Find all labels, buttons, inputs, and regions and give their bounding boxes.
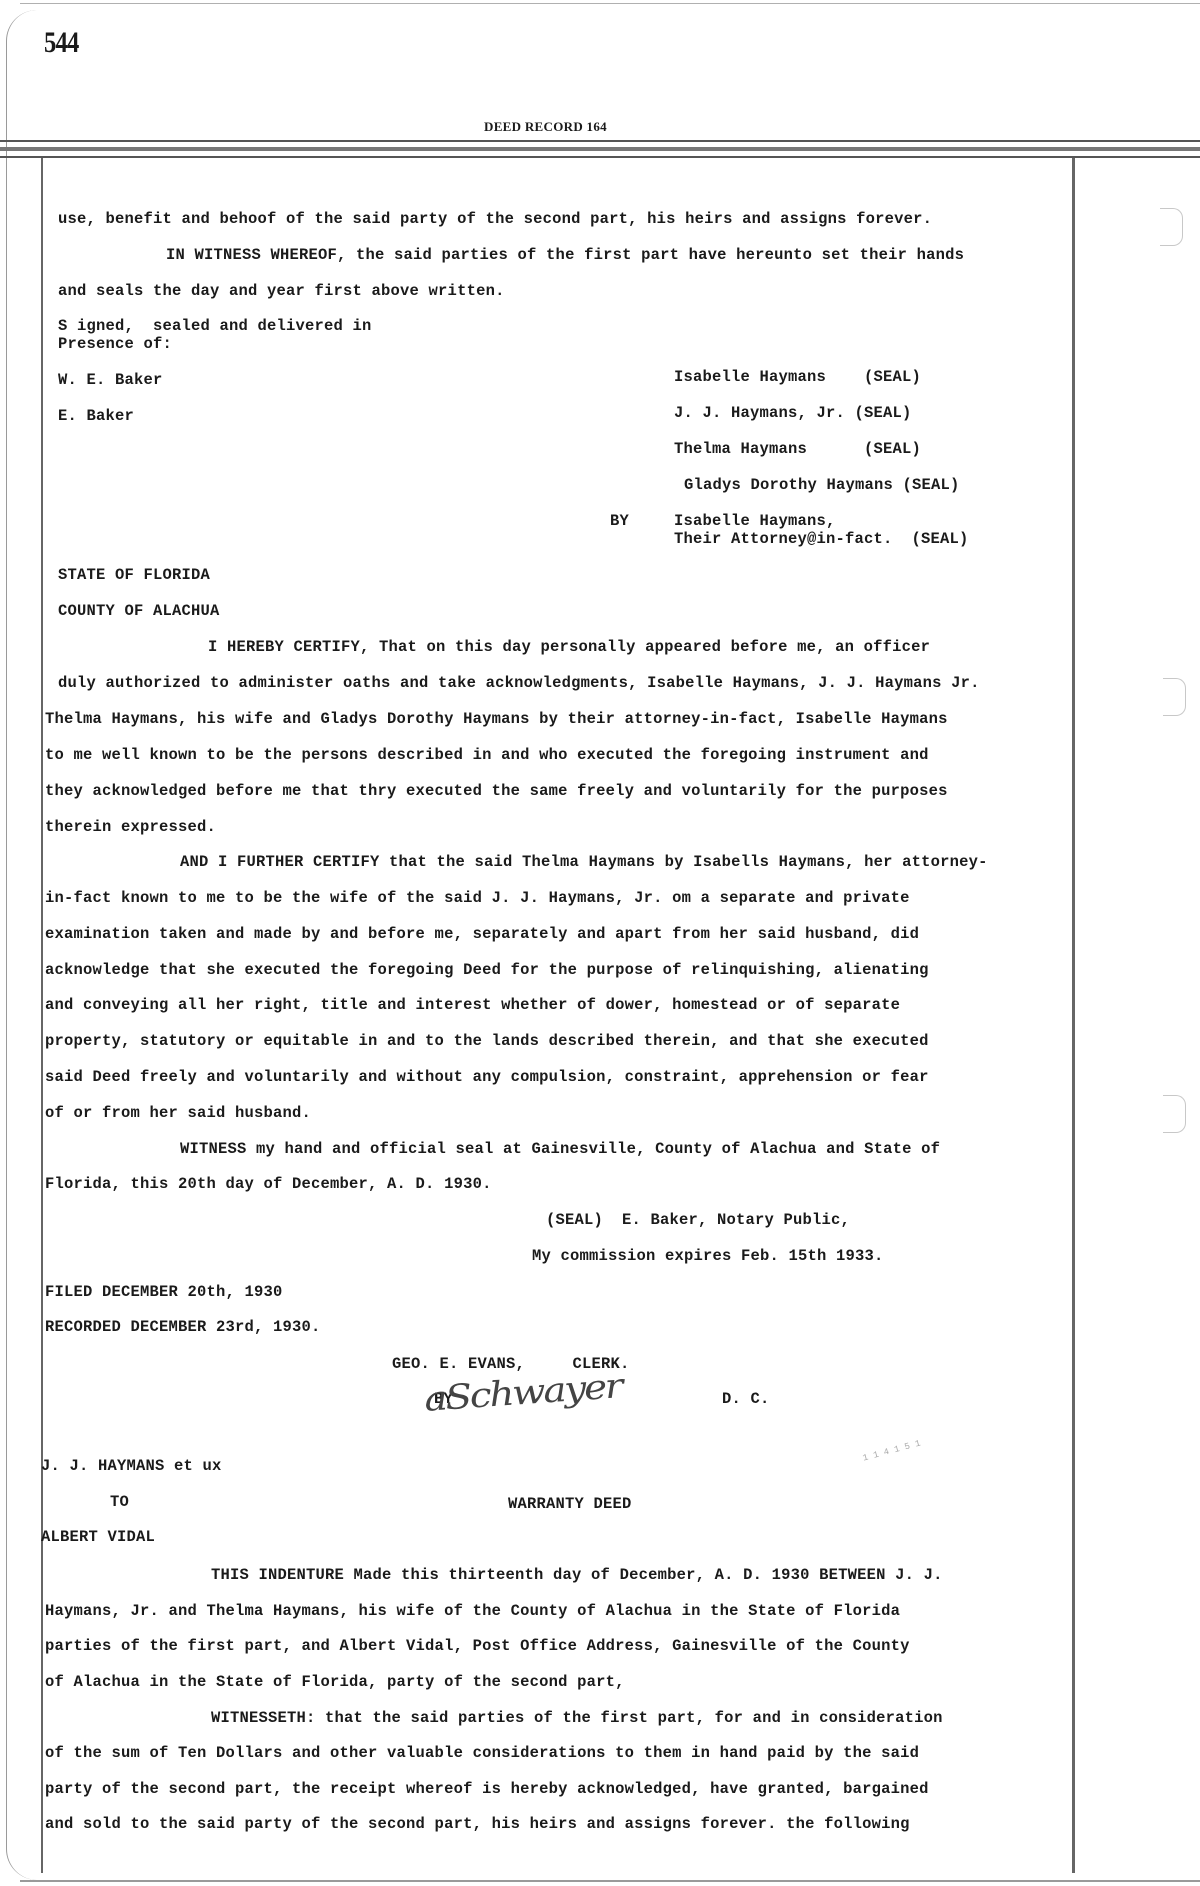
- deputy-clerk-label: D. C.: [722, 1390, 770, 1408]
- text-line: Haymans, Jr. and Thelma Haymans, his wif…: [45, 1602, 900, 1620]
- text-line: Thelma Haymans, his wife and Gladys Doro…: [45, 710, 948, 728]
- text-line: of Alachua in the State of Florida, part…: [45, 1673, 625, 1691]
- text-line: property, statutory or equitable in and …: [45, 1032, 929, 1050]
- page-edge-curl: [6, 10, 37, 1880]
- text-line: and sold to the said party of the second…: [45, 1815, 910, 1833]
- recorded-date: RECORDED DECEMBER 23rd, 1930.: [45, 1318, 321, 1336]
- text-line: Florida, this 20th day of December, A. D…: [45, 1175, 492, 1193]
- grantor-signature: Thelma Haymans (SEAL): [674, 440, 921, 458]
- text-line: THIS INDENTURE Made this thirteenth day …: [211, 1566, 943, 1584]
- text-line: S igned, sealed and delivered in: [58, 317, 372, 335]
- left-margin-line: [41, 158, 43, 1873]
- deed-type-title: WARRANTY DEED: [508, 1495, 632, 1513]
- text-line: said Deed freely and voluntarily and wit…: [45, 1068, 929, 1086]
- deputy-clerk-signature: aSchwayer: [423, 1366, 622, 1420]
- faint-stamp: 1 1 4 1 5 1: [862, 1438, 922, 1463]
- text-line: of or from her said husband.: [45, 1104, 311, 1122]
- deed-grantor: J. J. HAYMANS et ux: [41, 1457, 222, 1475]
- notary-commission: My commission expires Feb. 15th 1933.: [532, 1247, 884, 1265]
- page-number: 544: [44, 26, 78, 60]
- witness-name: W. E. Baker: [58, 371, 163, 389]
- text-line: Presence of:: [58, 335, 172, 353]
- text-line: examination taken and made by and before…: [45, 925, 919, 943]
- text-line: use, benefit and behoof of the said part…: [58, 210, 932, 228]
- text-line: they acknowledged before me that thry ex…: [45, 782, 948, 800]
- text-line: AND I FURTHER CERTIFY that the said Thel…: [180, 853, 988, 871]
- attorney-by-label: BY: [610, 512, 629, 530]
- text-line: IN WITNESS WHEREOF, the said parties of …: [166, 246, 964, 264]
- text-line: therein expressed.: [45, 818, 216, 836]
- witness-name: E. Baker: [58, 407, 134, 425]
- binding-hole-mark: [1163, 1095, 1186, 1133]
- text-line: of the sum of Ten Dollars and other valu…: [45, 1744, 919, 1762]
- venue-county: COUNTY OF ALACHUA: [58, 602, 220, 620]
- text-line: parties of the first part, and Albert Vi…: [45, 1637, 910, 1655]
- text-line: WITNESSETH: that the said parties of the…: [211, 1709, 943, 1727]
- text-line: I HEREBY CERTIFY, That on this day perso…: [208, 638, 930, 656]
- page-edge-bottom: [20, 1880, 1200, 1882]
- header-rule: [0, 140, 1200, 142]
- attorney-name: Isabelle Haymans,: [674, 512, 836, 530]
- deed-grantee: ALBERT VIDAL: [41, 1528, 155, 1546]
- grantor-signature: Isabelle Haymans (SEAL): [674, 368, 921, 386]
- right-margin-line: [1072, 158, 1075, 1873]
- text-line: acknowledge that she executed the forego…: [45, 961, 929, 979]
- venue-state: STATE OF FLORIDA: [58, 566, 210, 584]
- attorney-title: Their Attorney@in-fact. (SEAL): [674, 530, 969, 548]
- binding-hole-mark: [1163, 678, 1186, 716]
- text-line: WITNESS my hand and official seal at Gai…: [180, 1140, 940, 1158]
- header-rule-thick: [0, 147, 1200, 151]
- grantor-signature: J. J. Haymans, Jr. (SEAL): [674, 404, 912, 422]
- binding-hole-mark: [1160, 208, 1183, 246]
- header-rule: [0, 156, 1200, 158]
- record-header: DEED RECORD 164: [484, 119, 607, 135]
- text-line: duly authorized to administer oaths and …: [58, 674, 980, 692]
- notary-signature-line: (SEAL) E. Baker, Notary Public,: [546, 1211, 850, 1229]
- page-edge-top: [20, 3, 1200, 4]
- text-line: to me well known to be the persons descr…: [45, 746, 929, 764]
- text-line: party of the second part, the receipt wh…: [45, 1780, 929, 1798]
- text-line: and conveying all her right, title and i…: [45, 996, 900, 1014]
- grantor-signature: Gladys Dorothy Haymans (SEAL): [684, 476, 960, 494]
- filed-date: FILED DECEMBER 20th, 1930: [45, 1283, 283, 1301]
- text-line: and seals the day and year first above w…: [58, 282, 505, 300]
- text-line: in-fact known to me to be the wife of th…: [45, 889, 910, 907]
- deed-to-label: TO: [110, 1493, 129, 1511]
